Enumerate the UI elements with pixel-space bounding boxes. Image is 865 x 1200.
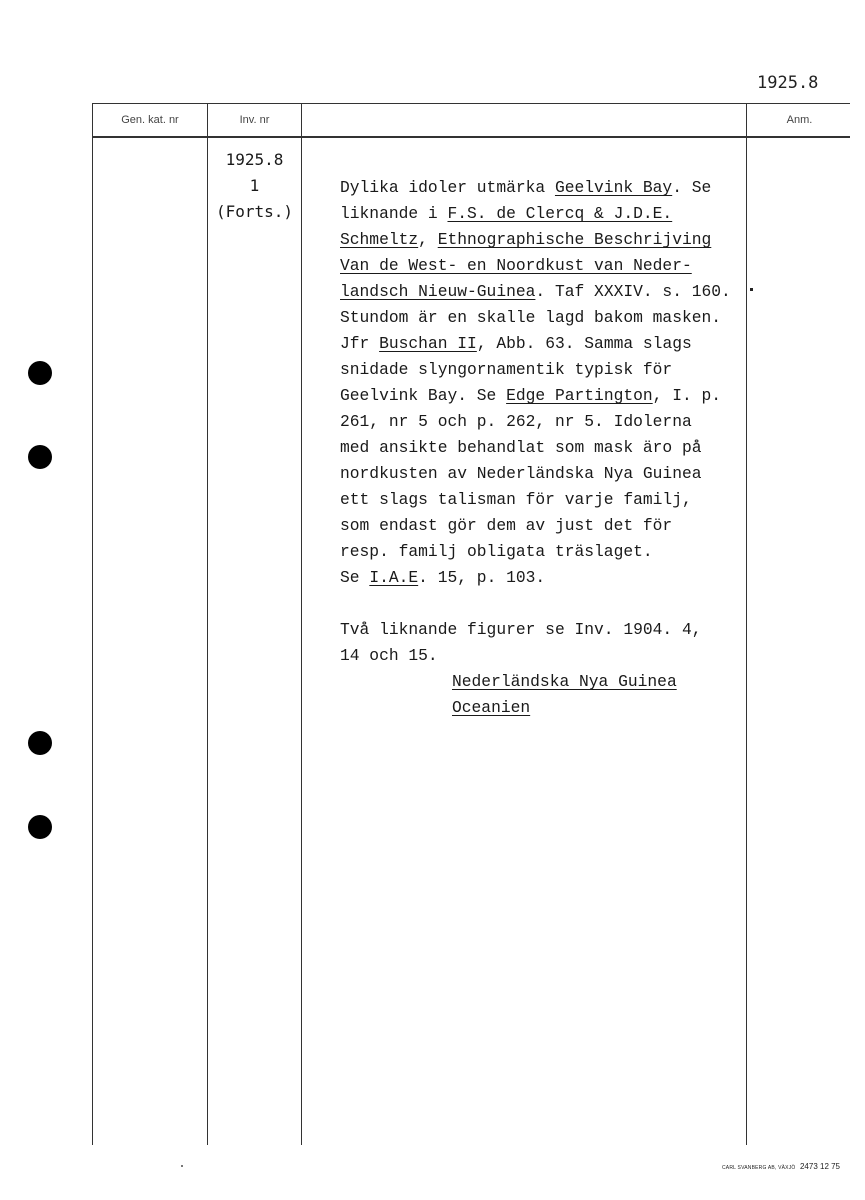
text-segment: Stundom är en skalle lagd bakom masken.	[340, 308, 721, 327]
underlined-reference: Geelvink Bay	[555, 178, 672, 197]
text-segment: med ansikte behandlat som mask äro på	[340, 438, 702, 457]
page-number: 1925.8	[757, 73, 818, 93]
column-divider-1	[207, 103, 208, 1145]
description-line: nordkusten av Nederländska Nya Guinea	[340, 461, 760, 487]
text-segment: . Taf XXXIV. s. 160.	[535, 282, 730, 301]
text-segment: , I. p.	[653, 386, 721, 405]
underlined-reference: F.S. de Clercq & J.D.E.	[447, 204, 672, 223]
punch-hole	[28, 731, 52, 755]
description-line: Schmeltz, Ethnographische Beschrijving	[340, 227, 760, 253]
description-line: snidade slyngornamentik typisk för	[340, 357, 760, 383]
printer-mark: CARL SVANBERG AB, VÄXJÖ 2473 12 75	[722, 1162, 840, 1171]
inv-nr-cell: 1925.8 1 (Forts.)	[208, 147, 301, 225]
inv-nr-line: (Forts.)	[208, 199, 301, 225]
text-segment: resp. familj obligata träslaget.	[340, 542, 653, 561]
column-divider-2	[301, 103, 302, 1145]
description-paragraph-1: Dylika idoler utmärka Geelvink Bay. Seli…	[340, 175, 760, 591]
region: Oceanien	[452, 698, 530, 717]
description-line: landsch Nieuw-Guinea. Taf XXXIV. s. 160.	[340, 279, 760, 305]
text-segment: nordkusten av Nederländska Nya Guinea	[340, 464, 702, 483]
text-segment: snidade slyngornamentik typisk för	[340, 360, 672, 379]
locality-line: Nederländska Nya Guinea	[340, 669, 760, 695]
text-segment: ,	[418, 230, 438, 249]
text-segment: liknande i	[340, 204, 447, 223]
text-segment: ett slags talisman för varje familj,	[340, 490, 692, 509]
underlined-reference: Ethnographische Beschrijving	[438, 230, 712, 249]
punch-hole	[28, 445, 52, 469]
header-description	[302, 104, 746, 136]
description-line: resp. familj obligata träslaget.	[340, 539, 760, 565]
header-gen-kat-nr: Gen. kat. nr	[93, 104, 207, 136]
header-bottom-border	[92, 136, 850, 138]
text-segment: . 15, p. 103.	[418, 568, 545, 587]
underlined-reference: Van de West- en Noordkust van Neder-	[340, 256, 692, 275]
description-line: som endast gör dem av just det för	[340, 513, 760, 539]
region-line: Oceanien	[340, 695, 760, 721]
underlined-reference: Edge Partington	[506, 386, 653, 405]
inv-nr-line: 1925.8	[208, 147, 301, 173]
table-left-border	[92, 103, 93, 1145]
locality: Nederländska Nya Guinea	[452, 672, 677, 691]
description-line: Stundom är en skalle lagd bakom masken.	[340, 305, 760, 331]
underlined-reference: Schmeltz	[340, 230, 418, 249]
description-line: Van de West- en Noordkust van Neder-	[340, 253, 760, 279]
scan-speck	[181, 1165, 183, 1167]
text-segment: . Se	[672, 178, 711, 197]
description-line: liknande i F.S. de Clercq & J.D.E.	[340, 201, 760, 227]
underlined-reference: I.A.E	[369, 568, 418, 587]
description-line: Dylika idoler utmärka Geelvink Bay. Se	[340, 175, 760, 201]
description-line: 14 och 15.	[340, 643, 760, 669]
description-line: med ansikte behandlat som mask äro på	[340, 435, 760, 461]
text-segment: 261, nr 5 och p. 262, nr 5. Idolerna	[340, 412, 692, 431]
header-inv-nr: Inv. nr	[208, 104, 301, 136]
inv-nr-line: 1	[208, 173, 301, 199]
description-line: Två liknande figurer se Inv. 1904. 4,	[340, 617, 760, 643]
underlined-reference: landsch Nieuw-Guinea	[340, 282, 535, 301]
text-segment: Jfr	[340, 334, 379, 353]
text-segment: Se	[340, 568, 369, 587]
description-line: Jfr Buschan II, Abb. 63. Samma slags	[340, 331, 760, 357]
underlined-reference: Buschan II	[379, 334, 477, 353]
printer-name: CARL SVANBERG AB, VÄXJÖ	[722, 1165, 796, 1171]
description-line: 261, nr 5 och p. 262, nr 5. Idolerna	[340, 409, 760, 435]
description-line: ett slags talisman för varje familj,	[340, 487, 760, 513]
header-anm: Anm.	[747, 104, 852, 136]
description-cell: Dylika idoler utmärka Geelvink Bay. Seli…	[340, 175, 760, 721]
description-line: Geelvink Bay. Se Edge Partington, I. p.	[340, 383, 760, 409]
text-segment: Geelvink Bay. Se	[340, 386, 506, 405]
text-segment: , Abb. 63. Samma slags	[477, 334, 692, 353]
scan-speck	[750, 288, 753, 291]
text-segment: Dylika idoler utmärka	[340, 178, 555, 197]
form-code: 2473 12 75	[800, 1162, 840, 1171]
punch-hole	[28, 361, 52, 385]
description-line: Se I.A.E. 15, p. 103.	[340, 565, 760, 591]
punch-hole	[28, 815, 52, 839]
text-segment: som endast gör dem av just det för	[340, 516, 672, 535]
